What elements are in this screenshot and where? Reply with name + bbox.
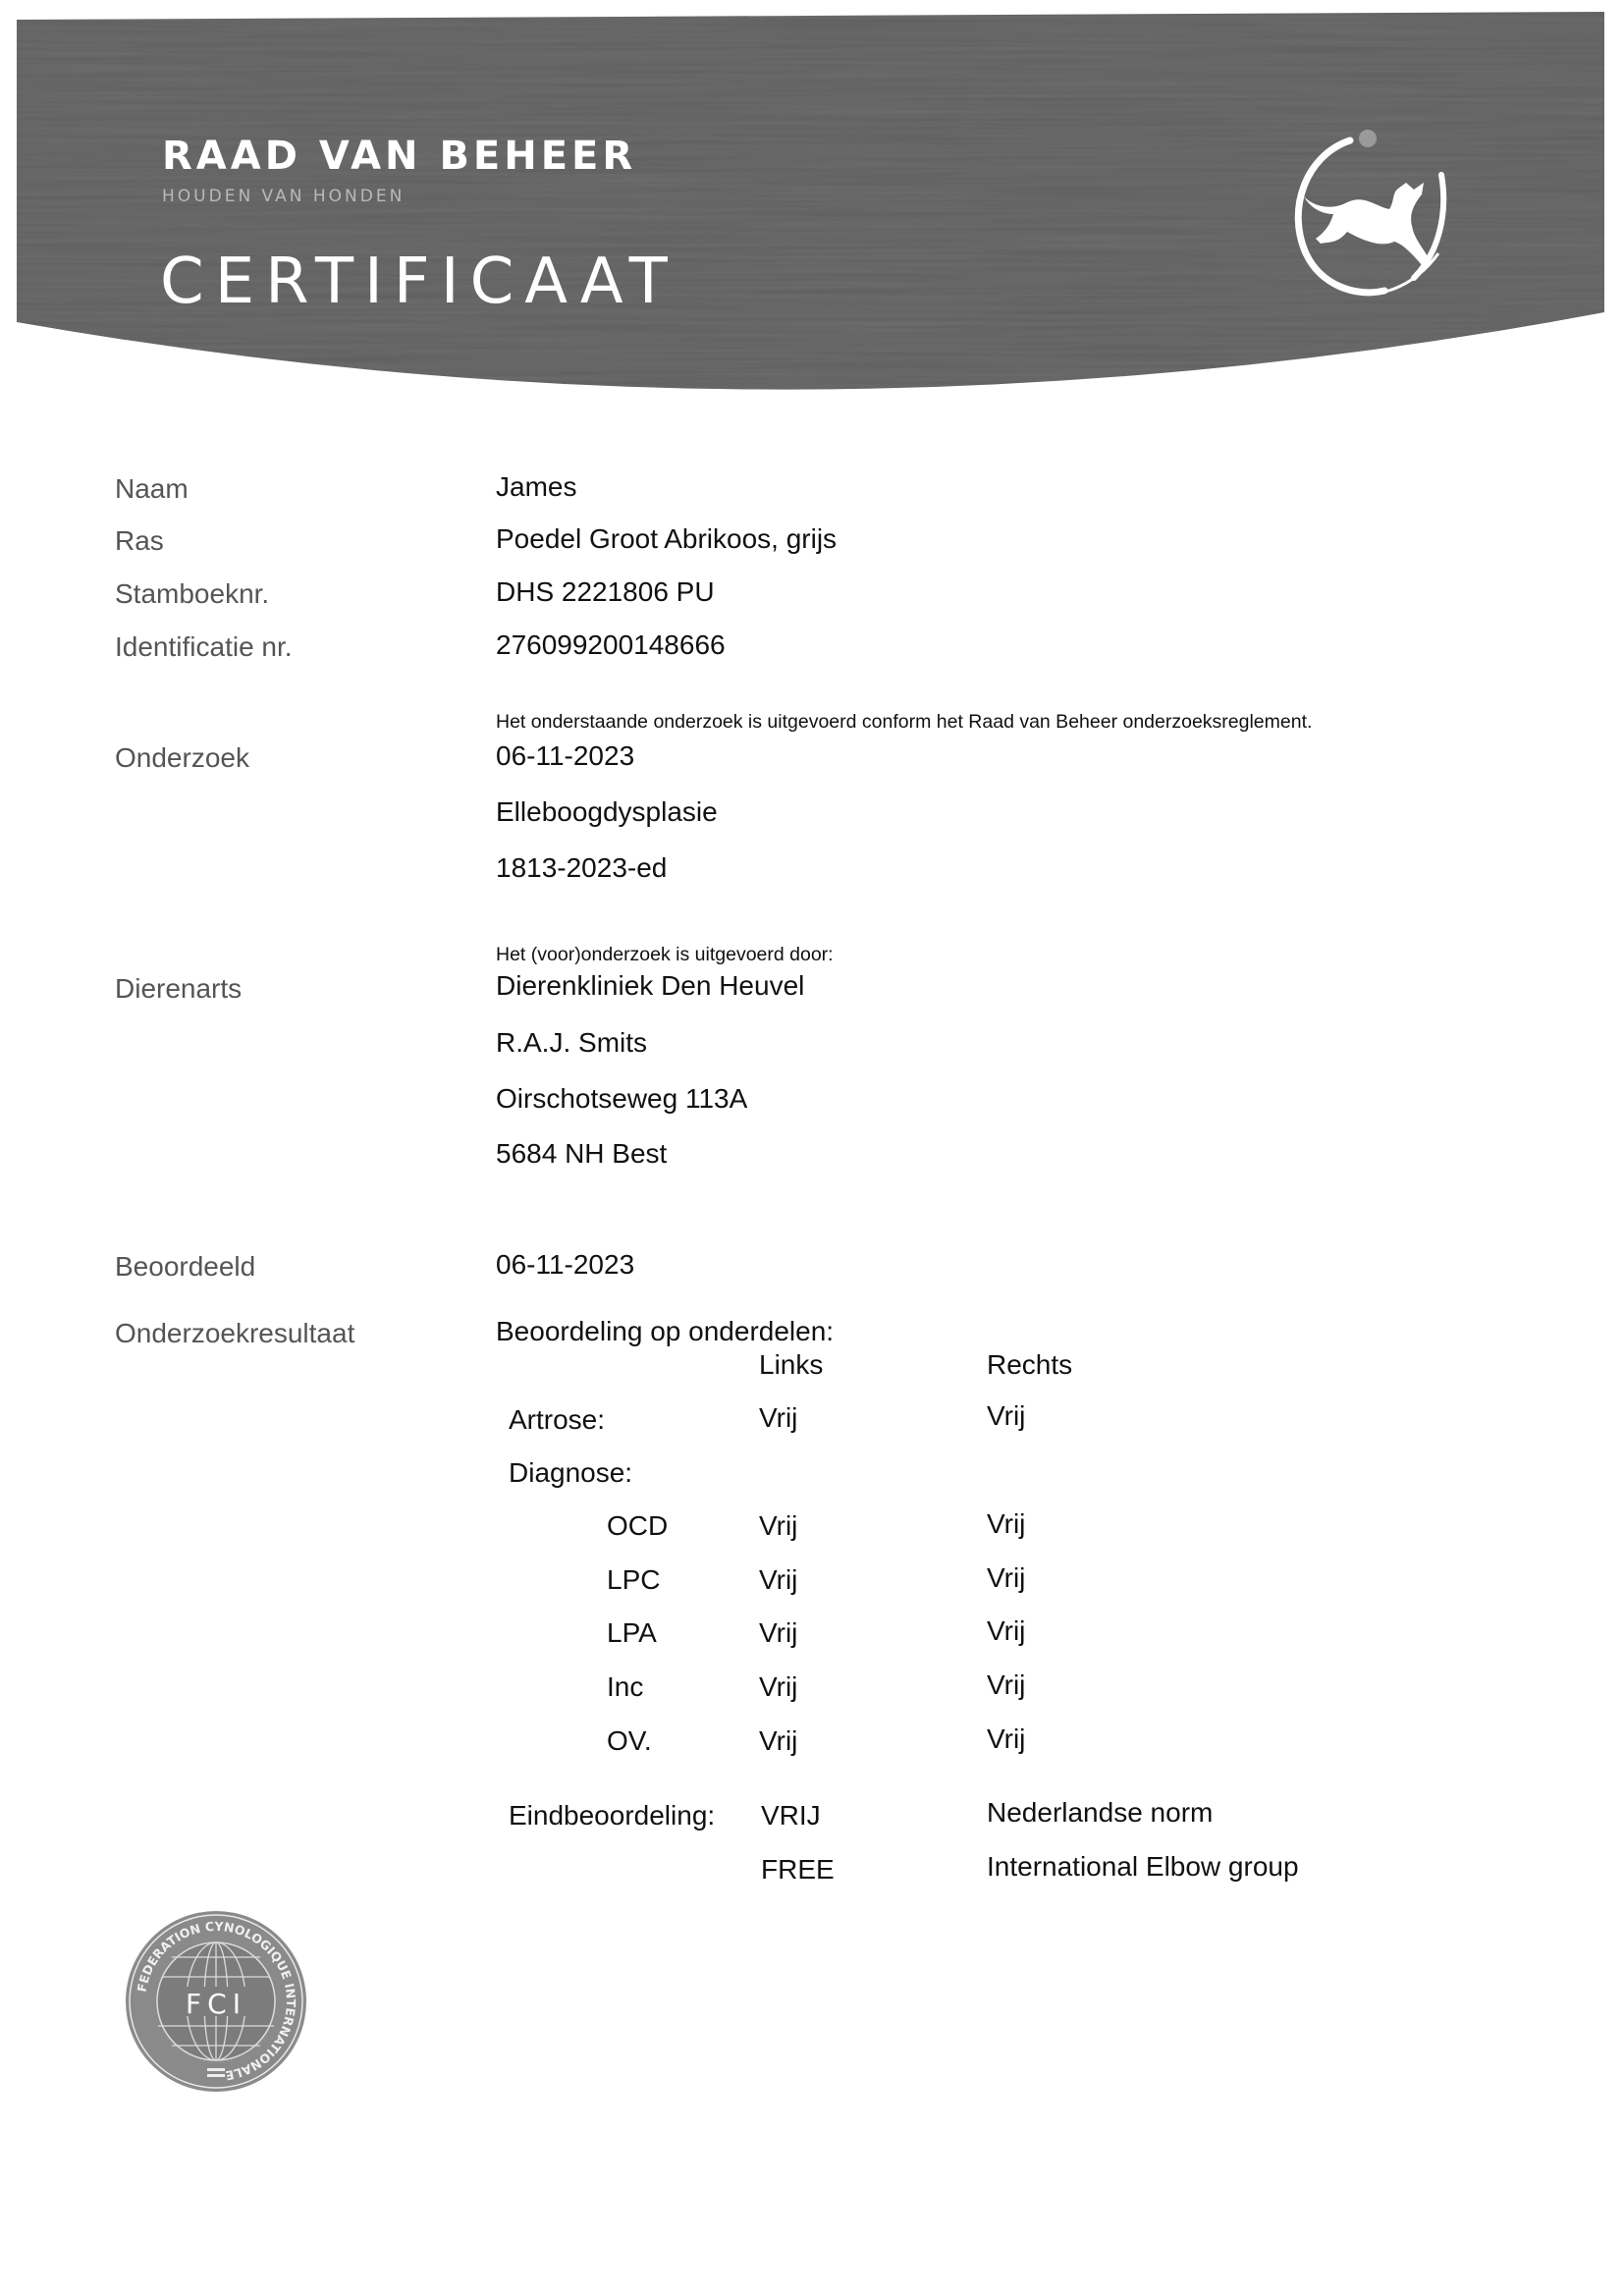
veterinarian-label: Dierenarts — [115, 973, 242, 1005]
diagnosis-row-label: Inc — [607, 1671, 643, 1703]
veterinarian-note: Het (voor)onderzoek is uitgevoerd door: — [496, 944, 834, 966]
diagnosis-row-left: Vrij — [759, 1510, 797, 1542]
leaping-dog-logo-icon — [1276, 116, 1463, 302]
artrose-left: Vrij — [759, 1402, 797, 1434]
examination-date: 06-11-2023 — [496, 740, 634, 772]
examination-label: Onderzoek — [115, 742, 249, 774]
result-label: Onderzoekresultaat — [115, 1318, 354, 1349]
studbook-number: DHS 2221806 PU — [496, 576, 715, 608]
diagnosis-row-left: Vrij — [759, 1725, 797, 1757]
assessed-date: 06-11-2023 — [496, 1249, 634, 1281]
final-value-int: FREE — [761, 1854, 835, 1886]
diagnosis-row-left: Vrij — [759, 1671, 797, 1703]
final-standard-nl: Nederlandse norm — [987, 1797, 1213, 1829]
examination-type: Elleboogdysplasie — [496, 796, 718, 828]
column-left-header: Links — [759, 1349, 823, 1381]
diagnosis-row-right: Vrij — [987, 1562, 1025, 1594]
svg-text:FCI: FCI — [186, 1988, 246, 2020]
examination-reference: 1813-2023-ed — [496, 852, 667, 884]
veterinarian-name: R.A.J. Smits — [496, 1027, 647, 1059]
examination-note: Het onderstaande onderzoek is uitgevoerd… — [496, 711, 1312, 734]
veterinarian-city: 5684 NH Best — [496, 1138, 667, 1170]
dog-breed: Poedel Groot Abrikoos, grijs — [496, 523, 837, 555]
diagnosis-row-right: Vrij — [987, 1669, 1025, 1701]
assessed-label: Beoordeeld — [115, 1251, 255, 1283]
final-standard-int: International Elbow group — [987, 1851, 1299, 1883]
diagnosis-row-label: LPA — [607, 1617, 657, 1649]
diagnosis-label: Diagnose: — [509, 1457, 632, 1489]
diagnosis-row-right: Vrij — [987, 1723, 1025, 1755]
dog-name: James — [496, 471, 576, 503]
diagnosis-row-label: OV. — [607, 1725, 652, 1757]
parts-heading: Beoordeling op onderdelen: — [496, 1316, 834, 1347]
column-right-header: Rechts — [987, 1349, 1072, 1381]
artrose-label: Artrose: — [509, 1404, 605, 1436]
artrose-right: Vrij — [987, 1400, 1025, 1432]
diagnosis-row-right: Vrij — [987, 1615, 1025, 1647]
name-label: Naam — [115, 473, 189, 505]
diagnosis-row-label: OCD — [607, 1510, 668, 1542]
final-value-nl: VRIJ — [761, 1800, 821, 1831]
studbook-label: Stamboeknr. — [115, 578, 269, 610]
diagnosis-row-left: Vrij — [759, 1617, 797, 1649]
diagnosis-row-right: Vrij — [987, 1508, 1025, 1540]
veterinarian-street: Oirschotseweg 113A — [496, 1083, 747, 1115]
identification-label: Identificatie nr. — [115, 631, 293, 663]
organization-tagline: HOUDEN VAN HONDEN — [162, 187, 405, 206]
identification-number: 276099200148666 — [496, 629, 726, 661]
final-label: Eindbeoordeling: — [509, 1800, 715, 1831]
veterinarian-clinic: Dierenkliniek Den Heuvel — [496, 970, 804, 1002]
diagnosis-row-left: Vrij — [759, 1564, 797, 1596]
organization-name: RAAD VAN BEHEER — [162, 134, 636, 179]
diagnosis-row-label: LPC — [607, 1564, 660, 1596]
document-title: CERTIFICAAT — [160, 246, 678, 318]
breed-label: Ras — [115, 525, 164, 557]
fci-globe-seal-icon: FCI FEDERATION CYNOLOGIQUE INTERNATIONAL… — [123, 1908, 309, 2095]
